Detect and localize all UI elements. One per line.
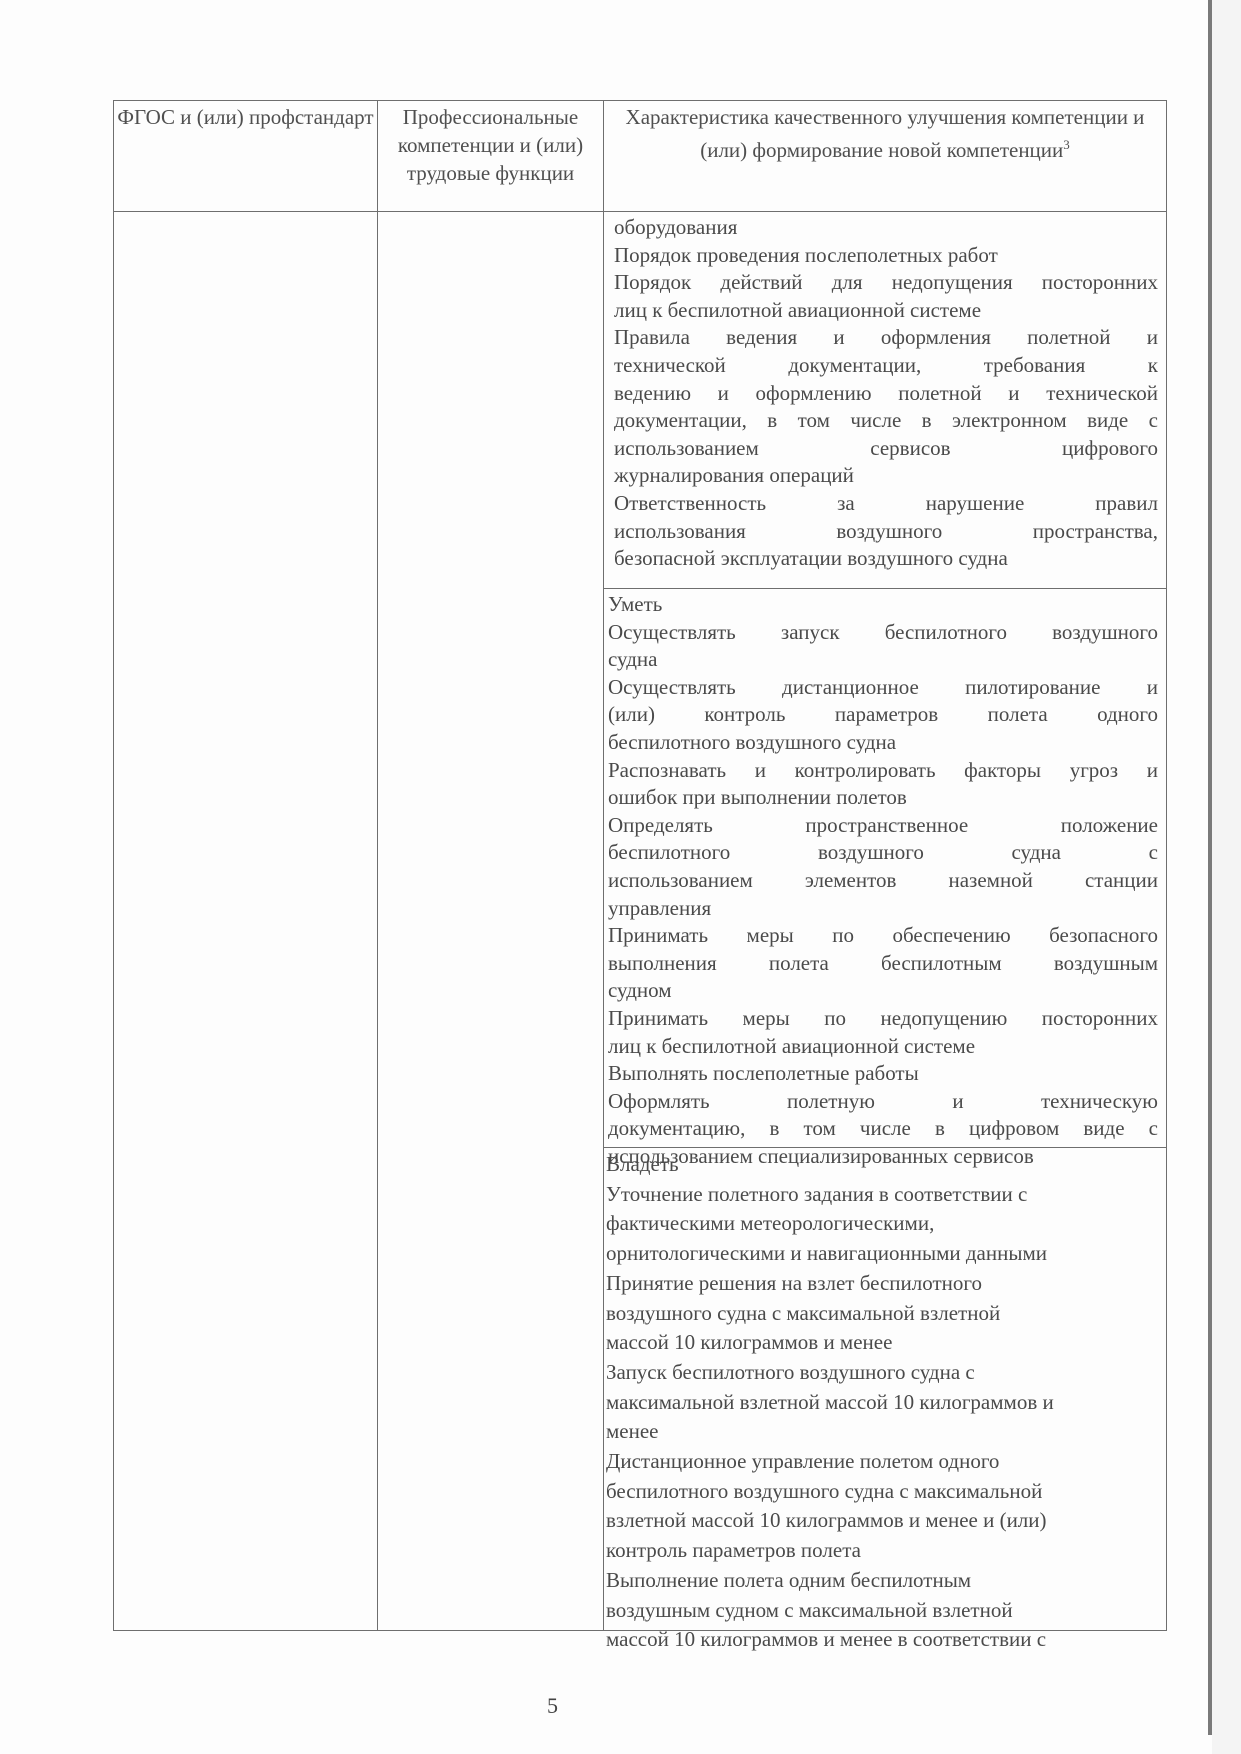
text-line: массой 10 килограммов и менее в соответс… [606, 1625, 1158, 1655]
text-line: Осуществлять запуск беспилотного воздушн… [608, 619, 1158, 647]
scan-margin [1212, 0, 1241, 1754]
table-row: оборудованияПорядок проведения послеполе… [114, 212, 1167, 1631]
header-competencies: Профессиональные компетенции и (или) тру… [378, 101, 604, 212]
section-vladet: ВладетьУточнение полетного задания в соо… [604, 1148, 1166, 1630]
text-line: Принимать меры по недопущению посторонни… [608, 1005, 1158, 1033]
text-line: орнитологическими и навигационными данны… [606, 1239, 1158, 1269]
text-line: Запуск беспилотного воздушного судна с [606, 1358, 1158, 1388]
text-line: Выполнять послеполетные работы [608, 1060, 1158, 1088]
table-header-row: ФГОС и (или) профстандарт Профессиональн… [114, 101, 1167, 212]
text-line: контроль параметров полета [606, 1536, 1158, 1566]
text-line: судна [608, 646, 1158, 674]
text-line: Порядок действий для недопущения посторо… [614, 269, 1158, 297]
text-line: ведению и оформлению полетной и техничес… [614, 380, 1158, 408]
header-fgos: ФГОС и (или) профстандарт [114, 101, 378, 212]
text-line: безопасной эксплуатации воздушного судна [614, 545, 1158, 573]
text-line: использованием сервисов цифрового [614, 435, 1158, 463]
text-line: массой 10 килограммов и менее [606, 1328, 1158, 1358]
text-line: Ответственность за нарушение правил [614, 490, 1158, 518]
text-line: лиц к беспилотной авиационной системе [608, 1033, 1158, 1061]
text-line: документации, в том числе в электронном … [614, 407, 1158, 435]
text-line: судном [608, 977, 1158, 1005]
cell-fgos [114, 212, 378, 1631]
text-line: Выполнение полета одним беспилотным [606, 1566, 1158, 1596]
text-line: воздушным судном с максимальной взлетной [606, 1596, 1158, 1626]
section-umet: УметьОсуществлять запуск беспилотного во… [604, 589, 1166, 1148]
text-line: лиц к беспилотной авиационной системе [614, 297, 1158, 325]
text-line: максимальной взлетной массой 10 килограм… [606, 1388, 1158, 1418]
text-line: воздушного судна с максимальной взлетной [606, 1299, 1158, 1329]
text-line: Порядок проведения послеполетных работ [614, 242, 1158, 270]
text-line: ошибок при выполнении полетов [608, 784, 1158, 812]
text-line: оборудования [614, 214, 1158, 242]
page-number: 5 [0, 1693, 1105, 1719]
cell-competencies [378, 212, 604, 1631]
text-line: использованием элементов наземной станци… [608, 867, 1158, 895]
footnote-marker: 3 [1063, 137, 1070, 152]
text-line: Правила ведения и оформления полетной и [614, 324, 1158, 352]
cell-characteristic: оборудованияПорядок проведения послеполе… [604, 212, 1167, 1631]
text-line: Определять пространственное положение [608, 812, 1158, 840]
text-line: Осуществлять дистанционное пилотирование… [608, 674, 1158, 702]
text-line: документацию, в том числе в цифровом вид… [608, 1115, 1158, 1143]
text-line: Распознавать и контролировать факторы уг… [608, 757, 1158, 785]
text-line: управления [608, 895, 1158, 923]
text-line: Оформлять полетную и техническую [608, 1088, 1158, 1116]
section-znat-continued: оборудованияПорядок проведения послеполе… [604, 212, 1166, 589]
text-line: взлетной массой 10 килограммов и менее и… [606, 1506, 1158, 1536]
text-line: менее [606, 1417, 1158, 1447]
text-line: Уточнение полетного задания в соответств… [606, 1180, 1158, 1210]
text-line: Уметь [608, 591, 1158, 619]
text-line: журналирования операций [614, 462, 1158, 490]
text-line: Принятие решения на взлет беспилотного [606, 1269, 1158, 1299]
header-fgos-text: ФГОС и (или) профстандарт [117, 105, 373, 129]
header-characteristic: Характеристика качественного улучшения к… [604, 101, 1167, 212]
text-line: выполнения полета беспилотным воздушным [608, 950, 1158, 978]
text-line: Принимать меры по обеспечению безопасног… [608, 922, 1158, 950]
header-competencies-text: Профессиональные компетенции и (или) тру… [398, 105, 583, 185]
text-line: беспилотного воздушного судна с максимал… [606, 1477, 1158, 1507]
text-line: беспилотного воздушного судна [608, 729, 1158, 757]
text-line: беспилотного воздушного судна с [608, 839, 1158, 867]
scan-edge-line [1208, 0, 1212, 1735]
text-line: технической документации, требования к [614, 352, 1158, 380]
text-line: использования воздушного пространства, [614, 518, 1158, 546]
text-line: фактическими метеорологическими, [606, 1209, 1158, 1239]
text-line: Дистанционное управление полетом одного [606, 1447, 1158, 1477]
header-characteristic-text: Характеристика качественного улучшения к… [626, 105, 1145, 162]
text-line: (или) контроль параметров полета одного [608, 701, 1158, 729]
competency-table: ФГОС и (или) профстандарт Профессиональн… [113, 100, 1167, 1631]
